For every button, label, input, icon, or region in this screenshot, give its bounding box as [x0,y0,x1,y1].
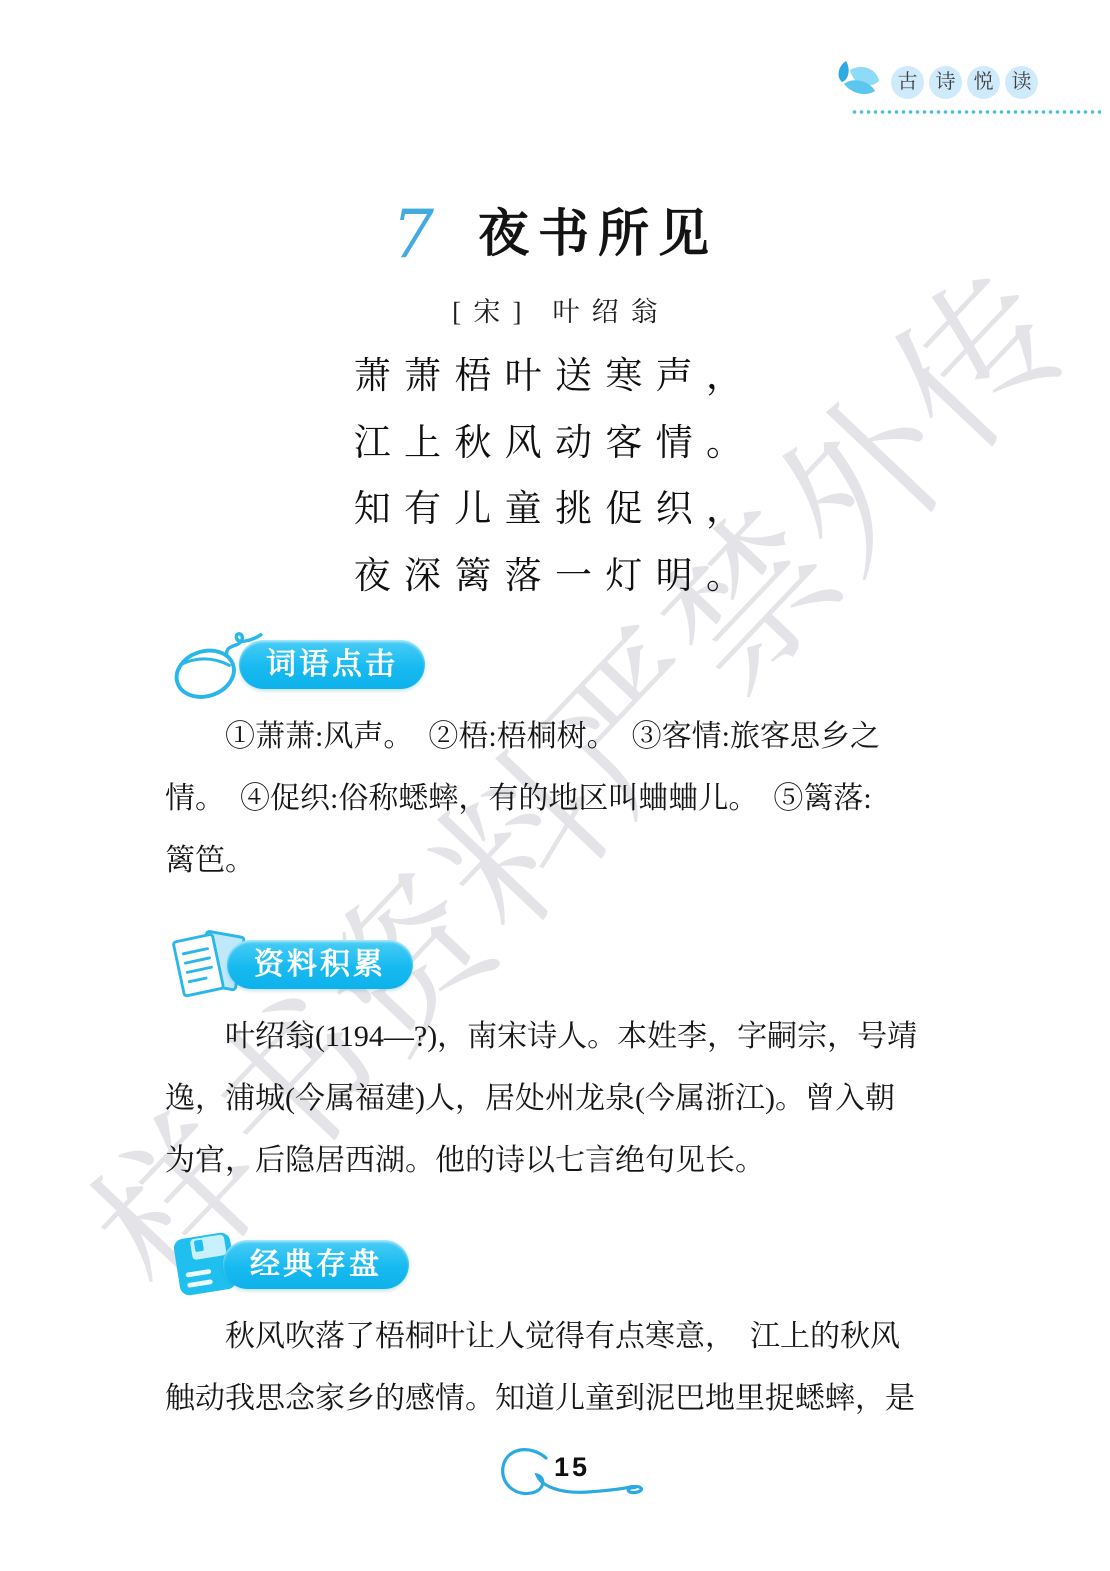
poem-line: 知有儿童挑促织， [0,477,1110,544]
poem-author: [宋] 叶绍翁 [0,290,1110,329]
poem-line: 夜深篱落一灯明。 [0,544,1110,611]
header-logo: 古 诗 悦 读 [833,60,1038,102]
text-line: 逸，浦城(今属福建)人，居处州龙泉(今属浙江)。曾入朝 [165,1068,945,1130]
text-line: 触动我思念家乡的感情。知道儿童到泥巴地里捉蟋蟀，是 [165,1368,945,1430]
page-footer: 15 [488,1440,664,1504]
section-badge: 资料积累 [227,940,413,989]
section-materials-header: 资料积累 [165,928,945,1000]
section-classic-body: 秋风吹落了梧桐叶让人觉得有点寒意， 江上的秋风 触动我思念家乡的感情。知道儿童到… [165,1306,945,1430]
logo-char: 古 [891,66,924,99]
text-line: 秋风吹落了梧桐叶让人觉得有点寒意， 江上的秋风 [165,1306,945,1368]
logo-char: 悦 [967,66,1000,99]
lesson-number: 7 [392,196,434,273]
logo-char: 读 [1005,66,1038,99]
poem: 萧萧梧叶送寒声， 江上秋风动客情。 知有儿童挑促织， 夜深篱落一灯明。 [0,344,1110,610]
text-line: ①萧萧:风声。 ②梧:梧桐树。 ③客情:旅客思乡之 [165,706,945,768]
poem-line: 江上秋风动客情。 [0,411,1110,478]
section-badge: 词语点击 [239,640,425,689]
logo-text: 古 诗 悦 读 [891,66,1038,99]
page-title: 夜书所见 [478,192,718,266]
poem-line: 萧萧梧叶送寒声， [0,344,1110,411]
section-words: 词语点击 ①萧萧:风声。 ②梧:梧桐树。 ③客情:旅客思乡之 情。 ④促织:俗称… [165,628,945,892]
section-words-header: 词语点击 [165,628,945,700]
section-words-body: ①萧萧:风声。 ②梧:梧桐树。 ③客情:旅客思乡之 情。 ④促织:俗称蟋蟀，有的… [165,706,945,892]
text-line: 为官，后隐居西湖。他的诗以七言绝句见长。 [165,1130,945,1192]
section-classic: 经典存盘 秋风吹落了梧桐叶让人觉得有点寒意， 江上的秋风 触动我思念家乡的感情。… [165,1228,945,1430]
section-badge: 经典存盘 [223,1240,409,1289]
section-materials-body: 叶绍翁(1194—?)，南宋诗人。本姓李，字嗣宗，号靖 逸，浦城(今属福建)人，… [165,1006,945,1192]
lesson-header: 7 夜书所见 [0,192,1110,273]
text-line: 情。 ④促织:俗称蟋蟀，有的地区叫蛐蛐儿。 ⑤篱落: [165,768,945,830]
section-materials: 资料积累 叶绍翁(1194—?)，南宋诗人。本姓李，字嗣宗，号靖 逸，浦城(今属… [165,928,945,1192]
text-line: 叶绍翁(1194—?)，南宋诗人。本姓李，字嗣宗，号靖 [165,1006,945,1068]
logo-char: 诗 [929,66,962,99]
dotted-divider [851,109,1103,115]
section-classic-header: 经典存盘 [165,1228,945,1300]
text-line: 篱笆。 [165,830,945,892]
book-page: 样书资料严禁外传 古 诗 悦 读 7 夜书所见 [宋] 叶绍翁 萧萧梧叶送寒声 [0,0,1110,1571]
leaf-icon [833,60,881,102]
page-number: 15 [554,1452,590,1483]
